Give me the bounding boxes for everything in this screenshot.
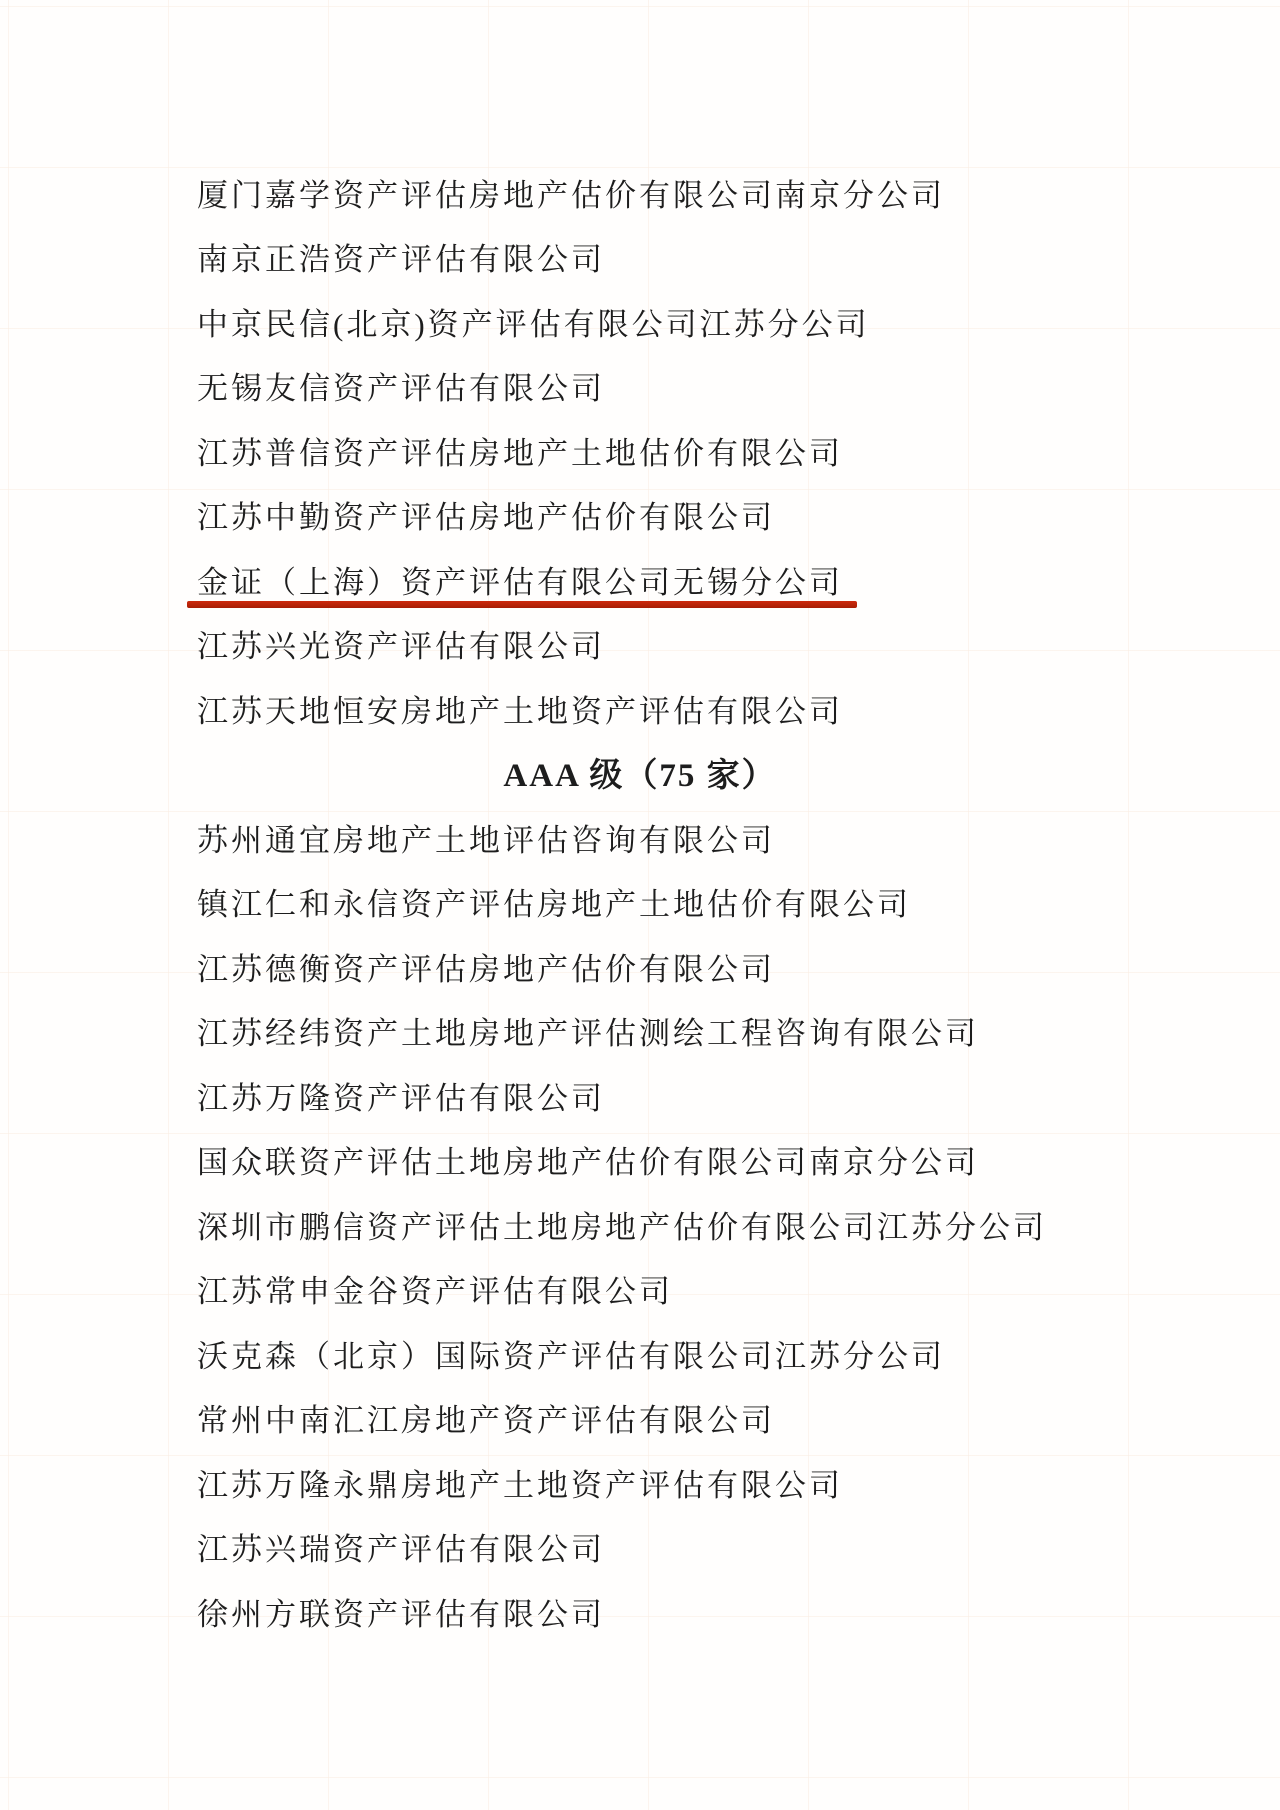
- company-row: 江苏经纬资产土地房地产评估测绘工程咨询有限公司: [0, 999, 1280, 1064]
- document-page: 厦门嘉学资产评估房地产估价有限公司南京分公司 南京正浩资产评估有限公司 中京民信…: [0, 0, 1280, 1644]
- company-name: 沃克森（北京）国际资产评估有限公司江苏分公司: [197, 1331, 945, 1376]
- company-name: 无锡友信资产评估有限公司: [197, 363, 605, 408]
- company-row-highlighted: 金证（上海）资产评估有限公司无锡分公司: [0, 547, 1280, 612]
- company-row: 南京正浩资产评估有限公司: [0, 225, 1280, 290]
- company-name: 厦门嘉学资产评估房地产估价有限公司南京分公司: [197, 170, 945, 215]
- company-row: 中京民信(北京)资产评估有限公司江苏分公司: [0, 289, 1280, 354]
- company-row: 江苏兴瑞资产评估有限公司: [0, 1515, 1280, 1580]
- company-name: 苏州通宜房地产土地评估咨询有限公司: [197, 815, 775, 860]
- company-name: 国众联资产评估土地房地产估价有限公司南京分公司: [197, 1137, 979, 1182]
- company-row: 江苏普信资产评估房地产土地估价有限公司: [0, 418, 1280, 483]
- red-underline-annotation: [187, 601, 857, 608]
- company-row: 江苏兴光资产评估有限公司: [0, 612, 1280, 677]
- company-name: 江苏经纬资产土地房地产评估测绘工程咨询有限公司: [197, 1008, 979, 1053]
- company-name: 江苏常申金谷资产评估有限公司: [197, 1266, 673, 1311]
- company-name: 江苏中勤资产评估房地产估价有限公司: [197, 492, 775, 537]
- company-row: 厦门嘉学资产评估房地产估价有限公司南京分公司: [0, 160, 1280, 225]
- company-row: 江苏常申金谷资产评估有限公司: [0, 1257, 1280, 1322]
- company-name: 江苏兴瑞资产评估有限公司: [197, 1524, 605, 1569]
- company-name: 江苏德衡资产评估房地产估价有限公司: [197, 944, 775, 989]
- company-row: 江苏万隆资产评估有限公司: [0, 1063, 1280, 1128]
- company-name: 深圳市鹏信资产评估土地房地产估价有限公司江苏分公司: [197, 1202, 1047, 1247]
- company-name: 江苏兴光资产评估有限公司: [197, 621, 605, 666]
- company-name: 江苏万隆永鼎房地产土地资产评估有限公司: [197, 1460, 843, 1505]
- grade-section-heading: AAA 级（75 家）: [0, 741, 1280, 806]
- company-name: 常州中南汇江房地产资产评估有限公司: [197, 1395, 775, 1440]
- company-row: 徐州方联资产评估有限公司: [0, 1579, 1280, 1644]
- company-name: 中京民信(北京)资产评估有限公司江苏分公司: [197, 299, 870, 344]
- company-row: 常州中南汇江房地产资产评估有限公司: [0, 1386, 1280, 1451]
- company-row: 镇江仁和永信资产评估房地产土地估价有限公司: [0, 870, 1280, 935]
- company-name: 金证（上海）资产评估有限公司无锡分公司: [197, 557, 843, 602]
- company-row: 江苏中勤资产评估房地产估价有限公司: [0, 483, 1280, 548]
- company-name: 镇江仁和永信资产评估房地产土地估价有限公司: [197, 879, 911, 924]
- company-name: 江苏普信资产评估房地产土地估价有限公司: [197, 428, 843, 473]
- company-row: 深圳市鹏信资产评估土地房地产估价有限公司江苏分公司: [0, 1192, 1280, 1257]
- company-name: 江苏天地恒安房地产土地资产评估有限公司: [197, 686, 843, 731]
- company-name: 徐州方联资产评估有限公司: [197, 1589, 605, 1634]
- company-row: 江苏万隆永鼎房地产土地资产评估有限公司: [0, 1450, 1280, 1515]
- company-row: 国众联资产评估土地房地产估价有限公司南京分公司: [0, 1128, 1280, 1193]
- company-row: 无锡友信资产评估有限公司: [0, 354, 1280, 419]
- grade-heading-label: AAA 级（75 家）: [503, 749, 776, 796]
- company-row: 沃克森（北京）国际资产评估有限公司江苏分公司: [0, 1321, 1280, 1386]
- company-row: 江苏德衡资产评估房地产估价有限公司: [0, 934, 1280, 999]
- company-row: 苏州通宜房地产土地评估咨询有限公司: [0, 805, 1280, 870]
- company-row: 江苏天地恒安房地产土地资产评估有限公司: [0, 676, 1280, 741]
- company-name: 南京正浩资产评估有限公司: [197, 234, 605, 279]
- company-name: 江苏万隆资产评估有限公司: [197, 1073, 605, 1118]
